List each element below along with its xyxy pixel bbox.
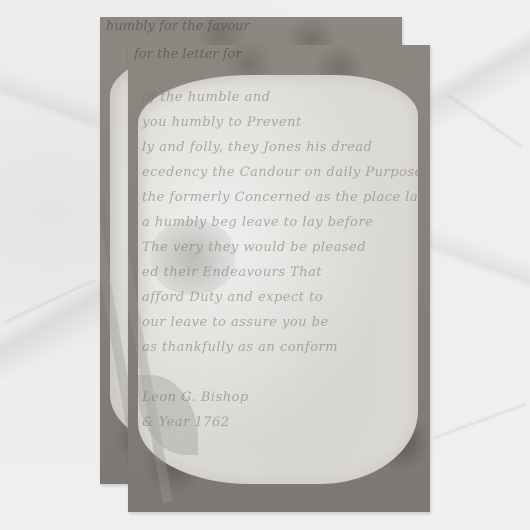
script-line [142,360,418,385]
border-script-text: for the letter for [134,47,242,62]
script-line: a humbly beg leave to lay before [142,210,418,235]
script-line: Leon G. Bishop [142,385,418,410]
script-line: of the humble and [142,85,418,110]
script-line: the formerly Concerned as the place late… [142,185,418,210]
marble-vein [433,403,528,439]
script-line: afford Duty and expect to [142,285,418,310]
script-line: our leave to assure you be [142,310,418,335]
front-stationery-sheet: for the letter for of the humble and you… [128,45,430,512]
script-line: as thankfully as an conform [142,335,418,360]
script-line: ed their Endeavours That [142,260,418,285]
marble-vein [448,94,523,147]
marble-vein [4,279,95,323]
script-line: ecedency the Candour on daily Purpose [142,160,418,185]
script-line: ly and folly, they Jones his dread [142,135,418,160]
handwritten-script: of the humble and you humbly to Prevent … [142,85,418,435]
script-line: & Year 1762 [142,410,418,435]
border-script-text: humbly for the favour [106,19,250,34]
script-line: you humbly to Prevent [142,110,418,135]
script-line: The very they would be pleased [142,235,418,260]
